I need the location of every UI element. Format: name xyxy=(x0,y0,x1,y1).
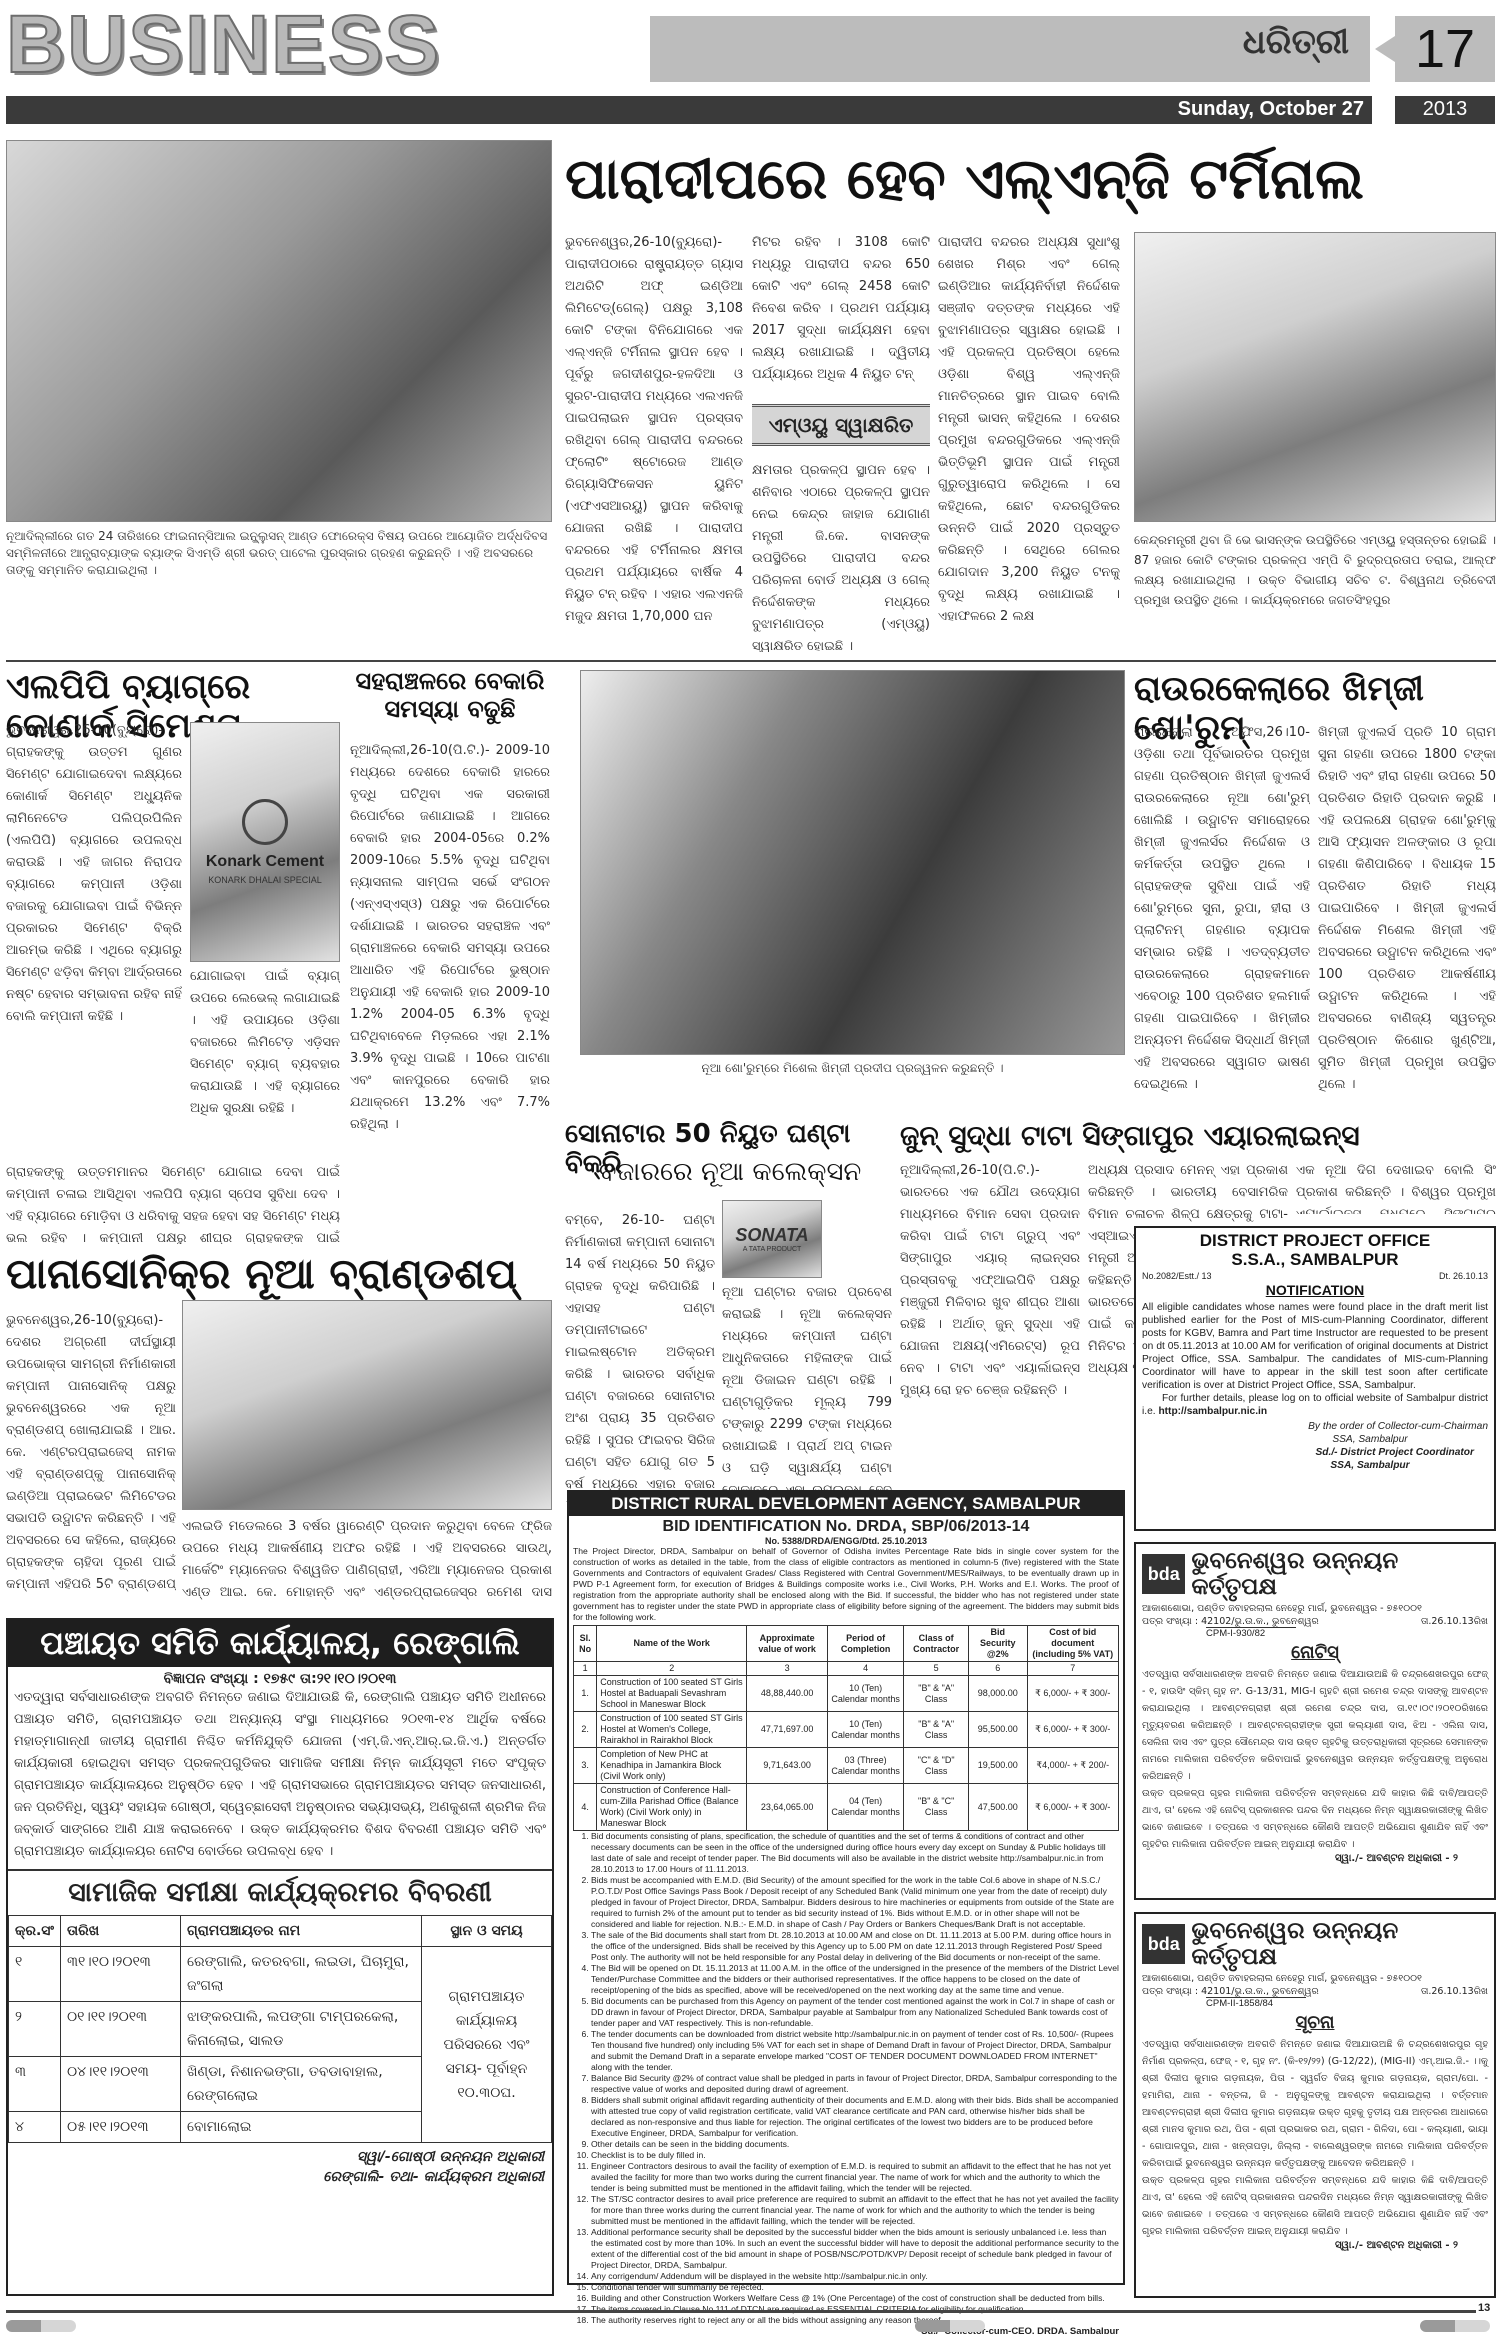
table-cell: ୦୧।୧୧।୨୦୧୩ xyxy=(61,2002,181,2057)
table-cell: ୦୪।୧୧।୨୦୧୩ xyxy=(61,2057,181,2112)
drda-col-header: Cost of bid document (including 5% VAT) xyxy=(1027,1626,1118,1662)
table-cell: 4. xyxy=(574,1784,597,1831)
khimji-photo xyxy=(580,670,1125,1055)
ssa-ref-no: No.2082/Estt./ 13 xyxy=(1142,1271,1212,1281)
table-cell: "B" & "A" Class xyxy=(904,1712,969,1748)
table-cell: "C" & "D" Class xyxy=(904,1748,969,1784)
term-item: The tender documents can be downloaded f… xyxy=(591,2029,1119,2073)
bda2-letter-no: ପତ୍ର ସଂଖ୍ୟା : 42101/ଭୁ.ଉ.କ., ଭୁବନେଶ୍ୱର xyxy=(1142,1986,1319,1997)
bda-logo-icon: bda xyxy=(1142,1554,1185,1594)
rengali-adv-no: ବିଜ୍ଞାପନ ସଂଖ୍ୟା : ୧୭୫୯ ତା:୨୧।୧୦।୨୦୧୩ xyxy=(8,1671,552,1687)
rengali-sign-line1: ସ୍ୱା/-ଗୋଷ୍ଠୀ ଉନ୍ନୟନ ଅଧିକାରୀ xyxy=(8,2143,552,2165)
ssa-order-line1: By the order of Collector-cum-Chairman xyxy=(1142,1420,1488,1433)
table-cell: ₹ 6,000/- + ₹ 300/- xyxy=(1027,1676,1118,1712)
bda1-body: ଏତଦ୍ୱାରା ସର୍ବସାଧାରଣଙ୍କ ଅବଗତି ନିମନ୍ତେ ଜଣା… xyxy=(1142,1666,1488,1785)
table-cell: 2. xyxy=(574,1712,597,1748)
schedule-table: କ୍ର.ସଂ ତାରିଖ ଗ୍ରାମପଞ୍ଚାୟତର ନାମ ସ୍ଥାନ ଓ ସ… xyxy=(8,1915,552,2143)
ssa-website-link[interactable]: http://sambalpur.nic.in xyxy=(1158,1406,1267,1417)
table-cell: 98,000.00 xyxy=(969,1676,1028,1712)
konark-body-top: ଭୁବନେଶ୍ୱର,26-10(ବ୍ୟୁରୋ)- ଗ୍ରାହକଙ୍କୁ ଉତ୍ତ… xyxy=(6,720,182,1160)
table-cell: 3. xyxy=(574,1748,597,1784)
drda-notice: DISTRICT RURAL DEVELOPMENT AGENCY, SAMBA… xyxy=(567,1490,1125,2285)
ssa-sign-line1: Sd./- District Project Coordinator xyxy=(1142,1446,1488,1459)
date-bar: Sunday, October 27 xyxy=(6,96,1372,124)
drda-col-header: Class of Contractor xyxy=(904,1626,969,1662)
sonata-logo-text: SONATA xyxy=(735,1225,808,1246)
unemployment-body: ନୂଆଦିଲ୍ଲୀ,26-10(ପି.ଟି.)- 2009-10 ମଧ୍ୟରେ … xyxy=(350,740,550,1244)
bda2-heading: ସୂଚନା xyxy=(1142,2012,1488,2033)
section-divider xyxy=(6,660,1496,662)
page-arrow-icon xyxy=(1375,36,1395,62)
drda-col-number: 3 xyxy=(747,1662,828,1676)
ssa-notice: DISTRICT PROJECT OFFICE S.S.A., SAMBALPU… xyxy=(1134,1226,1496,1531)
drda-col-header: Sl. No xyxy=(574,1626,597,1662)
bda1-body2: ଉକ୍ତ ପ୍ରକଳ୍ପ ଗୃହର ମାଲିକାନା ପରିବର୍ତ୍ତନ ସମ… xyxy=(1142,1785,1488,1853)
bda1-title: ଭୁବନେଶ୍ୱର ଉନ୍ନୟନ କର୍ତ୍ତୃପକ୍ଷ xyxy=(1191,1548,1488,1600)
bda-notice-2: bda ଭୁବନେଶ୍ୱର ଉନ୍ନୟନ କର୍ତ୍ତୃପକ୍ଷ ଆକାଶଶୋଭ… xyxy=(1134,1912,1496,2298)
award-photo xyxy=(6,140,552,522)
konark-body-right: ଯୋଗାଇବା ପାଇଁ ବ୍ୟାଗ୍ ଉପରେ ଲେଭେଲ୍ ଲଗାଯାଇଛି… xyxy=(190,966,340,1160)
tata-headline: ଜୁନ୍ ସୁଦ୍ଧା ଟାଟା ସିଙ୍ଗାପୁର ଏୟାରଲାଇନ୍ସ xyxy=(900,1120,1496,1152)
ssa-title-line1: DISTRICT PROJECT OFFICE xyxy=(1142,1232,1488,1251)
sonata-logo: SONATA A TATA PRODUCT xyxy=(722,1200,822,1278)
khimji-photo-caption: ନୂଆ ଶୋ'ରୁମ୍ରେ ମିଶେଲ ଖିମ୍ଜୀ ପ୍ରଦୀପ ପ୍ରଜ୍ୱ… xyxy=(580,1060,1125,1077)
table-cell: 03 (Three) Calendar months xyxy=(827,1748,903,1784)
term-item: Building and other Construction Workers … xyxy=(591,2293,1119,2304)
table-cell: 9,71,643.00 xyxy=(747,1748,828,1784)
table-cell: Construction of 100 seated ST Girls Host… xyxy=(597,1712,747,1748)
bda-logo-icon: bda xyxy=(1142,1924,1185,1964)
khimji-col-2: ଖିମ୍ଜୀ ଜୁଏଲର୍ସ ପ୍ରତି 10 ଗ୍ରାମ ସୁନା ଗହଣା … xyxy=(1318,722,1496,1112)
drda-col-number: 6 xyxy=(969,1662,1028,1676)
sonata-body: ବମ୍ବେ, 26-10- ଘଣ୍ଟା ନିର୍ମାଣକାରୀ କମ୍ପାନୀ … xyxy=(565,1210,715,1502)
term-item: Bid documents can be purchased from this… xyxy=(591,1996,1119,2029)
term-item: Bids must be accompanied with E.M.D. (Bi… xyxy=(591,1875,1119,1930)
mou-photo-caption: କେନ୍ଦ୍ରମନ୍ତ୍ରୀ ଥିବା ଜି ଭେ ଭାସନ୍ଙ୍କ ଉପସ୍ଥ… xyxy=(1134,530,1496,652)
table-cell: ୩ xyxy=(9,2057,61,2112)
lead-headline: ପାରାଦୀପରେ ହେବ ଏଲ୍ଏନ୍ଜି ଟର୍ମିନାଲ xyxy=(565,148,1495,212)
konark-product-label: Konark Cement xyxy=(206,853,324,871)
sonata-body-right: ନୂଆ ଘଣ୍ଟାର ବଜାର ପ୍ରବେଶ କରାଇଛି । ନୂଆ କଲେକ… xyxy=(722,1282,892,1502)
panasonic-body: ଭୁବନେଶ୍ୱର,26-10(ବ୍ୟୁରୋ)- ଦେଶର ଅଗ୍ରଣୀ ଦୀର… xyxy=(6,1310,176,1598)
table-cell: ୧ xyxy=(9,1947,61,2002)
table-cell: 47,500.00 xyxy=(969,1784,1028,1831)
sonata-logo-sub: A TATA PRODUCT xyxy=(743,1246,802,1253)
ssa-date: Dt. 26.10.13 xyxy=(1439,1271,1488,1281)
mou-photo xyxy=(1134,232,1496,522)
table-cell: ଖିଣ୍ଡା, ନିଶାନଭଙ୍ଗା, ତବଡାବାହାଲ, ରେଙ୍ଗଲୋଇ xyxy=(181,2057,422,2112)
bda1-signature: ସ୍ୱା./- ଆବଣ୍ଟନ ଅଧିକାରୀ - ୨ xyxy=(1142,1853,1488,1864)
sonata-subheadline: ବଜାରରେ ନୂଆ କଲେକ୍ସନ xyxy=(565,1158,895,1188)
table-cell: ୨ xyxy=(9,2002,61,2057)
bda2-ref: CPM-II-1858/84 xyxy=(1206,1997,1306,2009)
term-item: The ST/SC contractor desires to avail pr… xyxy=(591,2194,1119,2227)
schedule-col-header: ତାରିଖ xyxy=(61,1916,181,1947)
rengali-sign-line2: ରେଙ୍ଗାଲି- ତଥା- କାର୍ଯ୍ୟକ୍ରମ ଅଧିକାରୀ xyxy=(8,2165,552,2185)
footer-code: 13 xyxy=(1478,2302,1490,2314)
ssa-order-line2: SSA, Sambalpur xyxy=(1142,1433,1488,1446)
konark-product-sub: KONARK DHALAI SPECIAL xyxy=(208,875,322,885)
table-cell: 10 (Ten) Calendar months xyxy=(827,1712,903,1748)
table-cell: 23,64,065.00 xyxy=(747,1784,828,1831)
footer-pill-middle xyxy=(915,2320,985,2332)
bda2-date: ତା.26.10.13ରିଖ xyxy=(1421,1986,1488,1997)
table-cell: 10 (Ten) Calendar months xyxy=(827,1676,903,1712)
lead-col-3: ପାରାଦୀପ ବନ୍ଦରର ଅଧ୍ୟକ୍ଷ ସୁଧାଂଶୁ ଶେଖର ମିଶ୍… xyxy=(938,232,1120,652)
term-item: Checklist is to be duly filled in. xyxy=(591,2150,1119,2161)
bda2-body2: ଉକ୍ତ ପ୍ରକଳ୍ପ ଗୃହର ମାଲିକାନା ପରିବର୍ତ୍ତନ ସମ… xyxy=(1142,2172,1488,2240)
schedule-col-header: କ୍ର.ସଂ xyxy=(9,1916,61,1947)
table-cell: 04 (Ten) Calendar months xyxy=(827,1784,903,1831)
table-cell: 95,500.00 xyxy=(969,1712,1028,1748)
term-item: Bidders shall submit original affidavit … xyxy=(591,2095,1119,2139)
drda-intro: The Project Director, DRDA, Sambalpur on… xyxy=(573,1546,1119,1623)
term-item: Other details can be seen in the bidding… xyxy=(591,2139,1119,2150)
table-cell: ₹4,000/- + ₹ 200/- xyxy=(1027,1748,1118,1784)
drda-works-table: Sl. No Name of the Work Approximate valu… xyxy=(573,1625,1119,1831)
ssa-sign-line2: SSA, Sambalpur xyxy=(1142,1459,1488,1472)
table-cell: ୪ xyxy=(9,2112,61,2143)
term-item: The sale of the Bid documents shall star… xyxy=(591,1930,1119,1963)
award-photo-caption: ନୂଆଦିଲ୍ଲୀରେ ଗତ 24 ତାରିଖରେ ଫାଇନାନ୍ସିଆଲ ଇନ… xyxy=(6,528,552,579)
term-item: Balance Bid Security @2% of contract val… xyxy=(591,2073,1119,2095)
table-row: 3. Completion of New PHC at Kenadhipa in… xyxy=(574,1748,1119,1784)
rengali-title: ପଞ୍ଚାୟତ ସମିତି କାର୍ଯ୍ୟାଳୟ, ରେଙ୍ଗାଲି xyxy=(8,1620,552,1667)
lead-col-2b: କ୍ଷମତାର ପ୍ରକଳ୍ପ ସ୍ଥାପନ ହେବ । ଶନିବାର ଏଠାର… xyxy=(752,460,930,652)
bda2-body: ଏତଦ୍ୱାରା ସର୍ବସାଧାରଣଙ୍କ ଅବଗତି ନିମନ୍ତେ ଜଣା… xyxy=(1142,2036,1488,2172)
page-number: 17 xyxy=(1395,16,1495,82)
drda-col-number: 2 xyxy=(597,1662,747,1676)
panasonic-photo xyxy=(182,1300,552,1510)
bda2-address: ଆକାଶଶୋଭା, ପଣ୍ଡିତ ଜବାହରଲାଲ ନେହେରୁ ମାର୍ଗ, … xyxy=(1142,1973,1488,1984)
paper-logo: ଧରିତ୍ରୀ xyxy=(1243,22,1349,62)
bda-notice-1: bda ଭୁବନେଶ୍ୱର ଉନ୍ନୟନ କର୍ତ୍ତୃପକ୍ଷ ଆକାଶଶୋଭ… xyxy=(1134,1542,1496,1900)
drda-signature: Sd./- Collector-cum-CEO, DRDA, Sambalpur xyxy=(573,2326,1119,2334)
bda1-ref: CPM-I-930/82 xyxy=(1206,1627,1296,1639)
tata-col-3: ଏକ ନୂଆ ଦିଗ ଦେଖାଇବ ବୋଲି ସିଂ ପ୍ରକାଶ କରିଛନ୍… xyxy=(1296,1160,1496,1214)
table-cell: ବୋମାଲୋଇ xyxy=(181,2112,422,2143)
footer-pill-left xyxy=(6,2320,76,2332)
panasonic-headline: ପାନାସୋନିକ୍ର ନୂଆ ବ୍ରାଣ୍ଡଶପ୍ xyxy=(6,1250,556,1298)
table-cell: "B" & "A" Class xyxy=(904,1676,969,1712)
table-cell: ରେଙ୍ଗାଲି, କତରବଗା, ଲଇଡା, ଘିଚାମୁରା, ଜଂଗଲା xyxy=(181,1947,422,2002)
cement-logo-icon xyxy=(242,799,288,845)
table-cell: 47,71,697.00 xyxy=(747,1712,828,1748)
drda-col-header: Approximate value of work xyxy=(747,1626,828,1662)
term-item: Conditional tender will summarily be rej… xyxy=(591,2282,1119,2293)
table-cell: 1. xyxy=(574,1676,597,1712)
table-cell: ₹ 6,000/- + ₹ 300/- xyxy=(1027,1784,1118,1831)
table-cell: ୦୫।୧୧।୨୦୧୩ xyxy=(61,2112,181,2143)
rengali-body: ଏତଦ୍ୱାରା ସର୍ବସାଧାରଣଙ୍କ ଅବଗତି ନିମନ୍ତେ ଜଣା… xyxy=(8,1687,552,1863)
schedule-col-header: ଗ୍ରାମପଞ୍ଚାୟତର ନାମ xyxy=(181,1916,422,1947)
panasonic-body-right: ଏଲଇଡି ମଡେଲରେ 3 ବର୍ଷର ୱାରେଣ୍ଟି ପ୍ରଦାନ କରୁ… xyxy=(182,1516,552,1600)
footer-rule xyxy=(6,2310,1476,2313)
table-cell: 19,500.00 xyxy=(969,1748,1028,1784)
tata-col-1: ନୂଆଦିଲ୍ଲୀ,26-10(ପି.ଟି.)- ଭାରତରେ ଏକ ଯୌଥ ଉ… xyxy=(900,1160,1080,1502)
ssa-heading: NOTIFICATION xyxy=(1142,1283,1488,1298)
term-item: Any corrigendum/ Addendum will be displa… xyxy=(591,2271,1119,2282)
ssa-body: All eligible candidates whose names were… xyxy=(1142,1301,1488,1392)
ssa-title-line2: S.S.A., SAMBALPUR xyxy=(1142,1251,1488,1270)
lead-col-2a: ମିଟର ରହିବ । 3108 କୋଟି ମଧ୍ୟରୁ ପାରାଦୀପ ବନ୍… xyxy=(752,232,930,402)
year-bar: 2013 xyxy=(1395,96,1495,124)
term-item: Additional performance security shall be… xyxy=(591,2227,1119,2271)
schedule-venue: ଗ୍ରାମପଞ୍ଚାୟତ କାର୍ଯ୍ୟାଳୟ ପରିସରରେ ଏବଂ ସମୟ-… xyxy=(422,1947,552,2143)
table-cell: 48,88,440.00 xyxy=(747,1676,828,1712)
konark-body-bottom: ଗ୍ରାହକଙ୍କୁ ଉତ୍ତମମାନର ସିମେଣ୍ଟ ଯୋଗାଇ ଦେବା … xyxy=(6,1162,340,1244)
unemployment-headline: ସହରାଞ୍ଚଳରେ ବେକାରି ସମସ୍ୟା ବଢୁଛି xyxy=(350,668,550,723)
table-cell: Completion of New PHC at Kenadhipa in Ja… xyxy=(597,1748,747,1784)
lead-col-1: ଭୁବନେଶ୍ୱର,26-10(ବ୍ୟୁରୋ)- ପାରାଦୀପଠାରେ ରାଷ… xyxy=(565,232,743,652)
bda1-date: ତା.26.10.13ରିଖ xyxy=(1421,1616,1488,1627)
table-row: ୧ ୩୧।୧୦।୨୦୧୩ ରେଙ୍ଗାଲି, କତରବଗା, ଲଇଡା, ଘିଚ… xyxy=(9,1947,552,2002)
drda-bid-id: BID IDENTIFICATION No. DRDA, SBP/06/2013… xyxy=(573,1518,1119,1536)
khimji-col-1: ରାଉରକେଲା ଅଫିସ,26।10- ଓଡ଼ିଶା ତଥା ପୂର୍ବଭାର… xyxy=(1134,722,1310,1112)
drda-col-header: Bid Security @2% xyxy=(969,1626,1028,1662)
bda1-heading: ନୋଟିସ୍ xyxy=(1142,1642,1488,1663)
konark-cement-bag: Konark Cement KONARK DHALAI SPECIAL xyxy=(190,722,340,962)
drda-col-number: 1 xyxy=(574,1662,597,1676)
table-row: 1. Construction of 100 seated ST Girls H… xyxy=(574,1676,1119,1712)
table-cell: Construction of 100 seated ST Girls Host… xyxy=(597,1676,747,1712)
footer-pill-right xyxy=(1420,2320,1490,2332)
drda-ref: No. 5388/DRDA/ENGG/Dtd. 25.10.2013 xyxy=(573,1536,1119,1546)
rengali-schedule-title: ସାମାଜିକ ସମୀକ୍ଷା କାର୍ଯ୍ୟକ୍ରମର ବିବରଣୀ xyxy=(8,1869,552,1915)
table-cell: ₹ 6,000/- + ₹ 300/- xyxy=(1027,1712,1118,1748)
bda2-signature: ସ୍ୱା./- ଆବଣ୍ଟନ ଅଧିକାରୀ - ୨ xyxy=(1142,2240,1488,2251)
drda-col-number: 7 xyxy=(1027,1662,1118,1676)
lead-subhead: ଏମ୍ଓୟୁ ସ୍ୱାକ୍ଷରିତ xyxy=(752,404,930,446)
bda1-letter-no: ପତ୍ର ସଂଖ୍ୟା : 42102/ଭୁ.ଉ.କ., ଭୁବନେଶ୍ୱର xyxy=(1142,1616,1319,1627)
term-item: Engineer Contractors desirous to avail t… xyxy=(591,2161,1119,2194)
term-item: The Bid will be opened on Dt. 15.11.2013… xyxy=(591,1963,1119,1996)
schedule-col-header: ସ୍ଥାନ ଓ ସମୟ xyxy=(422,1916,552,1947)
bda1-address: ଆକାଶଶୋଭା, ପଣ୍ଡିତ ଜବାହରଲାଲ ନେହେରୁ ମାର୍ଗ, … xyxy=(1142,1603,1488,1614)
table-cell: "B" & "C" Class xyxy=(904,1784,969,1831)
drda-col-header: Period of Completion xyxy=(827,1626,903,1662)
term-item: The authority reserves right to reject a… xyxy=(591,2315,1119,2326)
table-cell: ଝାଙ୍କରପାଲି, ଲପଙ୍ଗା ଟାମ୍ପରକେଲା, କିନାଲୋଇ, … xyxy=(181,2002,422,2057)
drda-title: DISTRICT RURAL DEVELOPMENT AGENCY, SAMBA… xyxy=(569,1492,1123,1516)
drda-terms-list: Bid documents consisting of plans, speci… xyxy=(573,1831,1119,2326)
bda2-title: ଭୁବନେଶ୍ୱର ଉନ୍ନୟନ କର୍ତ୍ତୃପକ୍ଷ xyxy=(1191,1918,1488,1970)
section-title: BUSINESS xyxy=(6,2,441,88)
table-row: 4. Construction of Conference Hall-cum-Z… xyxy=(574,1784,1119,1831)
table-cell: ୩୧।୧୦।୨୦୧୩ xyxy=(61,1947,181,2002)
drda-col-number: 4 xyxy=(827,1662,903,1676)
drda-col-header: Name of the Work xyxy=(597,1626,747,1662)
term-item: Bid documents consisting of plans, speci… xyxy=(591,1831,1119,1875)
table-cell: Construction of Conference Hall-cum-Zill… xyxy=(597,1784,747,1831)
drda-col-number: 5 xyxy=(904,1662,969,1676)
table-row: 2. Construction of 100 seated ST Girls H… xyxy=(574,1712,1119,1748)
rengali-notice: ପଞ୍ଚାୟତ ସମିତି କାର୍ଯ୍ୟାଳୟ, ରେଙ୍ଗାଲି ବିଜ୍ଞ… xyxy=(6,1618,554,2296)
